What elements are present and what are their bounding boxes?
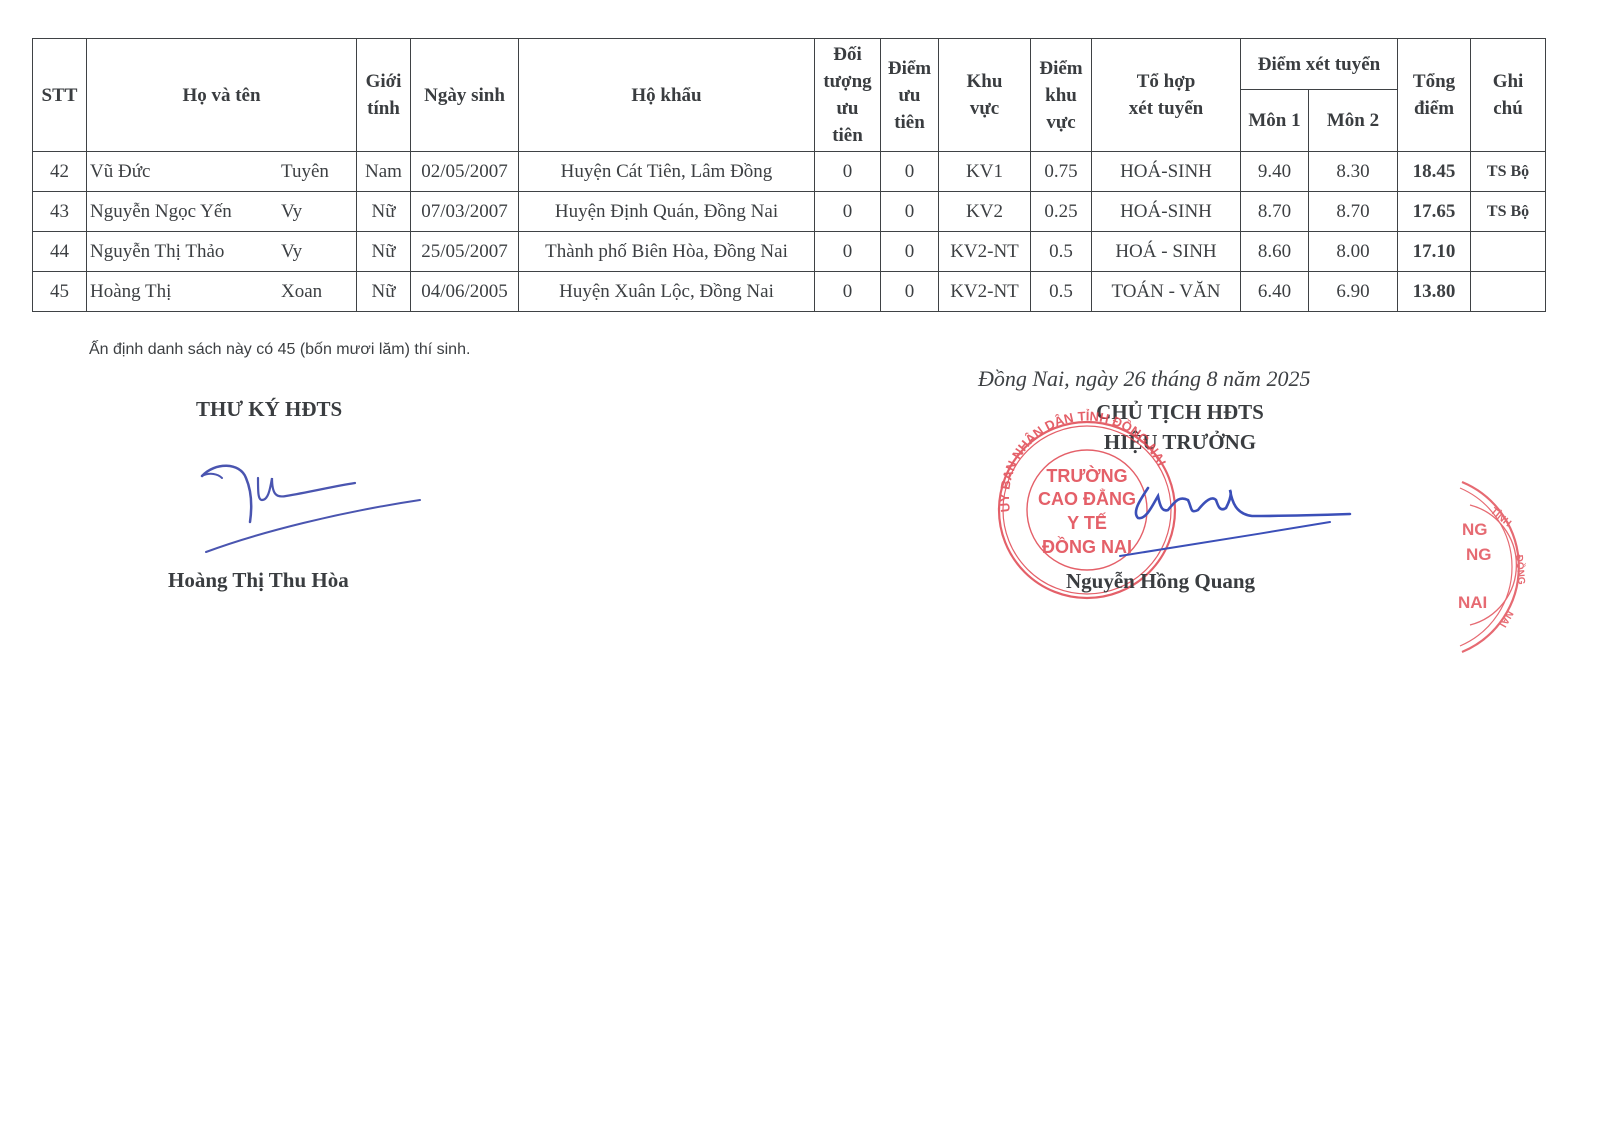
svg-text:ĐỒNG NAI: ĐỒNG NAI — [1042, 536, 1132, 557]
svg-text:TRƯỜNG: TRƯỜNG — [1046, 465, 1127, 486]
partial-stamp: NG NG NAI TỈNH ĐỒNG NAI — [1458, 482, 1529, 652]
svg-text:NAI: NAI — [1458, 593, 1487, 612]
chair-name: Nguyễn Hồng Quang — [1066, 569, 1255, 594]
svg-text:ĐỒNG: ĐỒNG — [1513, 554, 1529, 585]
svg-text:NG: NG — [1466, 545, 1492, 564]
svg-text:NG: NG — [1462, 520, 1488, 539]
secretary-signature — [202, 466, 420, 552]
chair-signature — [1120, 488, 1350, 556]
svg-text:CAO ĐẲNG: CAO ĐẲNG — [1038, 488, 1136, 509]
svg-text:Y TẾ: Y TẾ — [1067, 512, 1107, 533]
signatures-and-stamps: ỦY BAN NHÂN DÂN TỈNH ĐỒNG NAI TRƯỜNG CAO… — [0, 0, 1600, 1132]
